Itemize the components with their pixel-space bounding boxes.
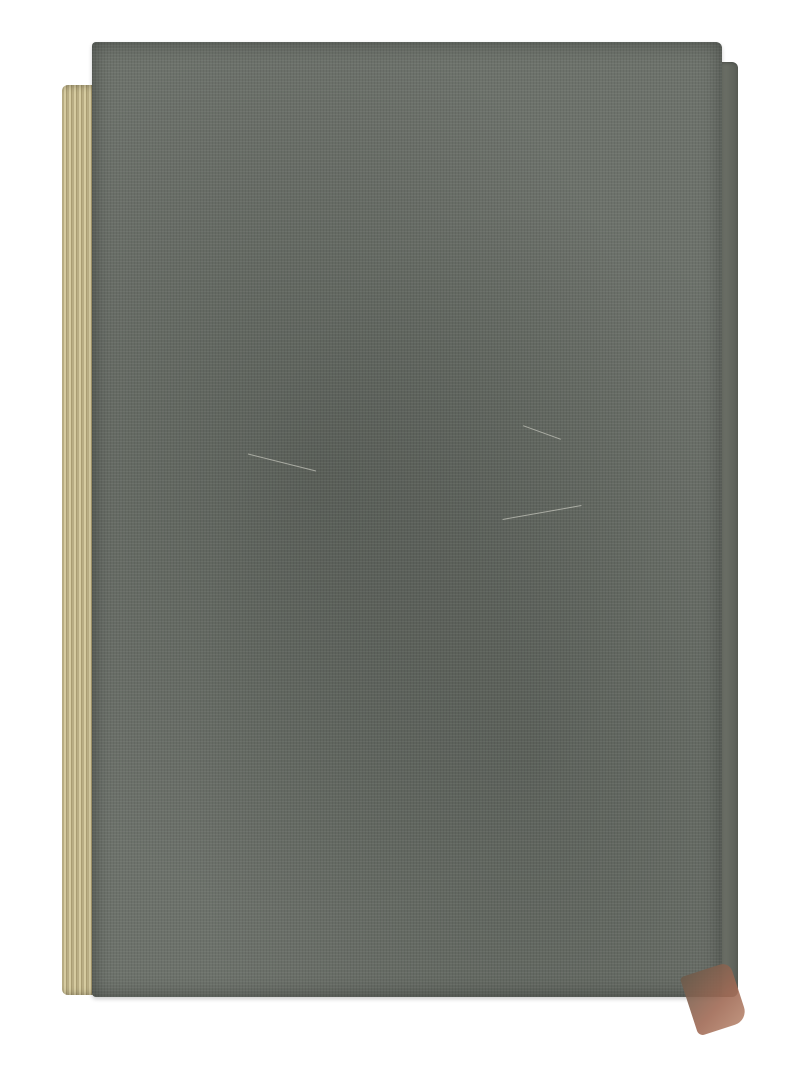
cover-scratch [248,454,316,472]
cover-scratch [523,425,561,440]
book-photo [0,0,812,1080]
book-cover [92,42,722,997]
cover-scratch [503,505,582,520]
